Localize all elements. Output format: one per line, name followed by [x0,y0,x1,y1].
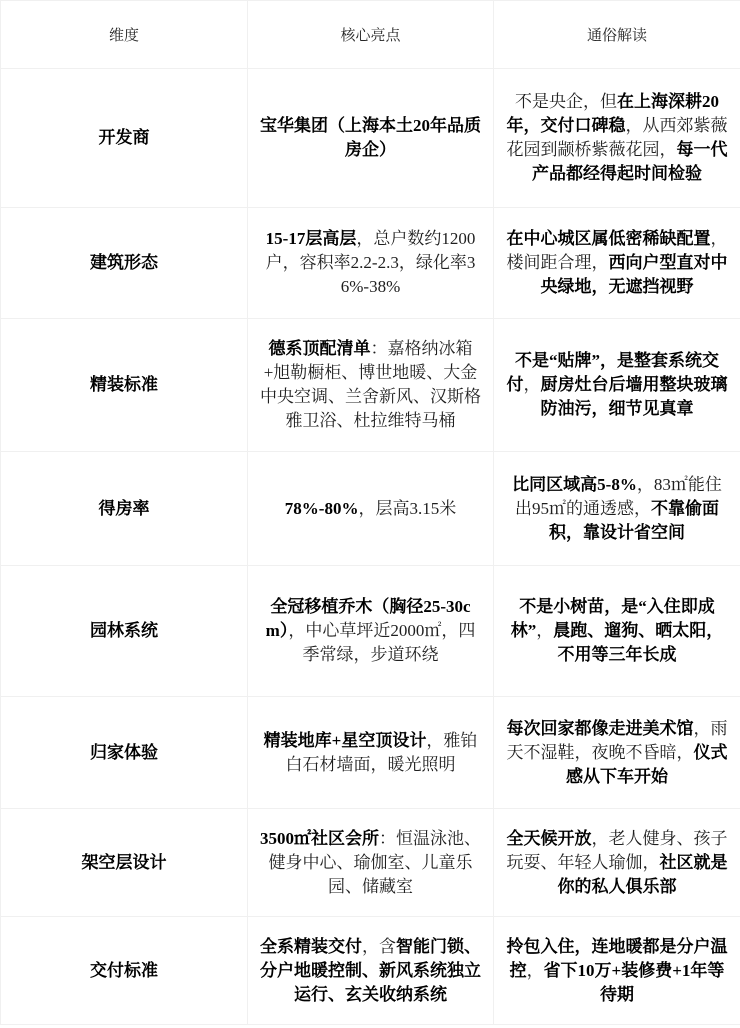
highlight-cell: 精装地库+星空顶设计，雅铂白石材墙面，暖光照明 [248,697,494,809]
dimension-cell: 架空层设计 [1,809,248,917]
interpretation-cell: 全天候开放，老人健身、孩子玩耍、年轻人瑜伽，社区就是你的私人俱乐部 [494,809,740,917]
table-row: 架空层设计 3500㎡社区会所：恒温泳池、健身中心、瑜伽室、儿童乐园、储藏室 全… [1,809,740,917]
interpretation-cell: 比同区域高5-8%，83㎡能住出95㎡的通透感，不靠偷面积，靠设计省空间 [494,452,740,566]
interpretation-cell: 拎包入住，连地暖都是分户温控，省下10万+装修费+1年等待期 [494,917,740,1025]
highlight-cell: 全系精装交付，含智能门锁、分户地暖控制、新风系统独立运行、玄关收纳系统 [248,917,494,1025]
highlight-cell: 德系顶配清单：嘉格纳冰箱+旭勒橱柜、博世地暖、大金中央空调、兰舍新风、汉斯格雅卫… [248,319,494,452]
highlight-cell: 15-17层高层，总户数约1200户，容积率2.2-2.3，绿化率36%-38% [248,208,494,319]
interpretation-cell: 不是央企，但在上海深耕20年，交付口碑稳，从西郊紫薇花园到颛桥紫薇花园，每一代产… [494,69,740,208]
interpretation-cell: 在中心城区属低密稀缺配置，楼间距合理，西向户型直对中央绿地，无遮挡视野 [494,208,740,319]
highlight-cell: 宝华集团（上海本土20年品质房企） [248,69,494,208]
table-body: 开发商 宝华集团（上海本土20年品质房企） 不是央企，但在上海深耕20年，交付口… [1,69,740,1025]
table-row: 建筑形态 15-17层高层，总户数约1200户，容积率2.2-2.3，绿化率36… [1,208,740,319]
highlight-cell: 78%-80%，层高3.15米 [248,452,494,566]
table-row: 得房率 78%-80%，层高3.15米 比同区域高5-8%，83㎡能住出95㎡的… [1,452,740,566]
highlight-cell: 全冠移植乔木（胸径25-30cm），中心草坪近2000㎡，四季常绿，步道环绕 [248,566,494,697]
dimension-cell: 开发商 [1,69,248,208]
table-row: 交付标准 全系精装交付，含智能门锁、分户地暖控制、新风系统独立运行、玄关收纳系统… [1,917,740,1025]
highlight-cell: 3500㎡社区会所：恒温泳池、健身中心、瑜伽室、儿童乐园、储藏室 [248,809,494,917]
table-row: 园林系统 全冠移植乔木（胸径25-30cm），中心草坪近2000㎡，四季常绿，步… [1,566,740,697]
dimension-cell: 交付标准 [1,917,248,1025]
comparison-table: 维度 核心亮点 通俗解读 开发商 宝华集团（上海本土20年品质房企） 不是央企，… [0,0,740,1025]
dimension-cell: 园林系统 [1,566,248,697]
interpretation-cell: 每次回家都像走进美术馆，雨天不湿鞋，夜晚不昏暗，仪式感从下车开始 [494,697,740,809]
interpretation-cell: 不是小树苗，是“入住即成林”，晨跑、遛狗、晒太阳，不用等三年长成 [494,566,740,697]
table-header-row: 维度 核心亮点 通俗解读 [1,1,740,69]
column-header-dimension: 维度 [1,1,248,69]
column-header-highlight: 核心亮点 [248,1,494,69]
dimension-cell: 精装标准 [1,319,248,452]
column-header-interpretation: 通俗解读 [494,1,740,69]
dimension-cell: 建筑形态 [1,208,248,319]
table-row: 归家体验 精装地库+星空顶设计，雅铂白石材墙面，暖光照明 每次回家都像走进美术馆… [1,697,740,809]
table-row: 精装标准 德系顶配清单：嘉格纳冰箱+旭勒橱柜、博世地暖、大金中央空调、兰舍新风、… [1,319,740,452]
dimension-cell: 得房率 [1,452,248,566]
dimension-cell: 归家体验 [1,697,248,809]
interpretation-cell: 不是“贴牌”，是整套系统交付，厨房灶台后墙用整块玻璃防油污，细节见真章 [494,319,740,452]
table-row: 开发商 宝华集团（上海本土20年品质房企） 不是央企，但在上海深耕20年，交付口… [1,69,740,208]
